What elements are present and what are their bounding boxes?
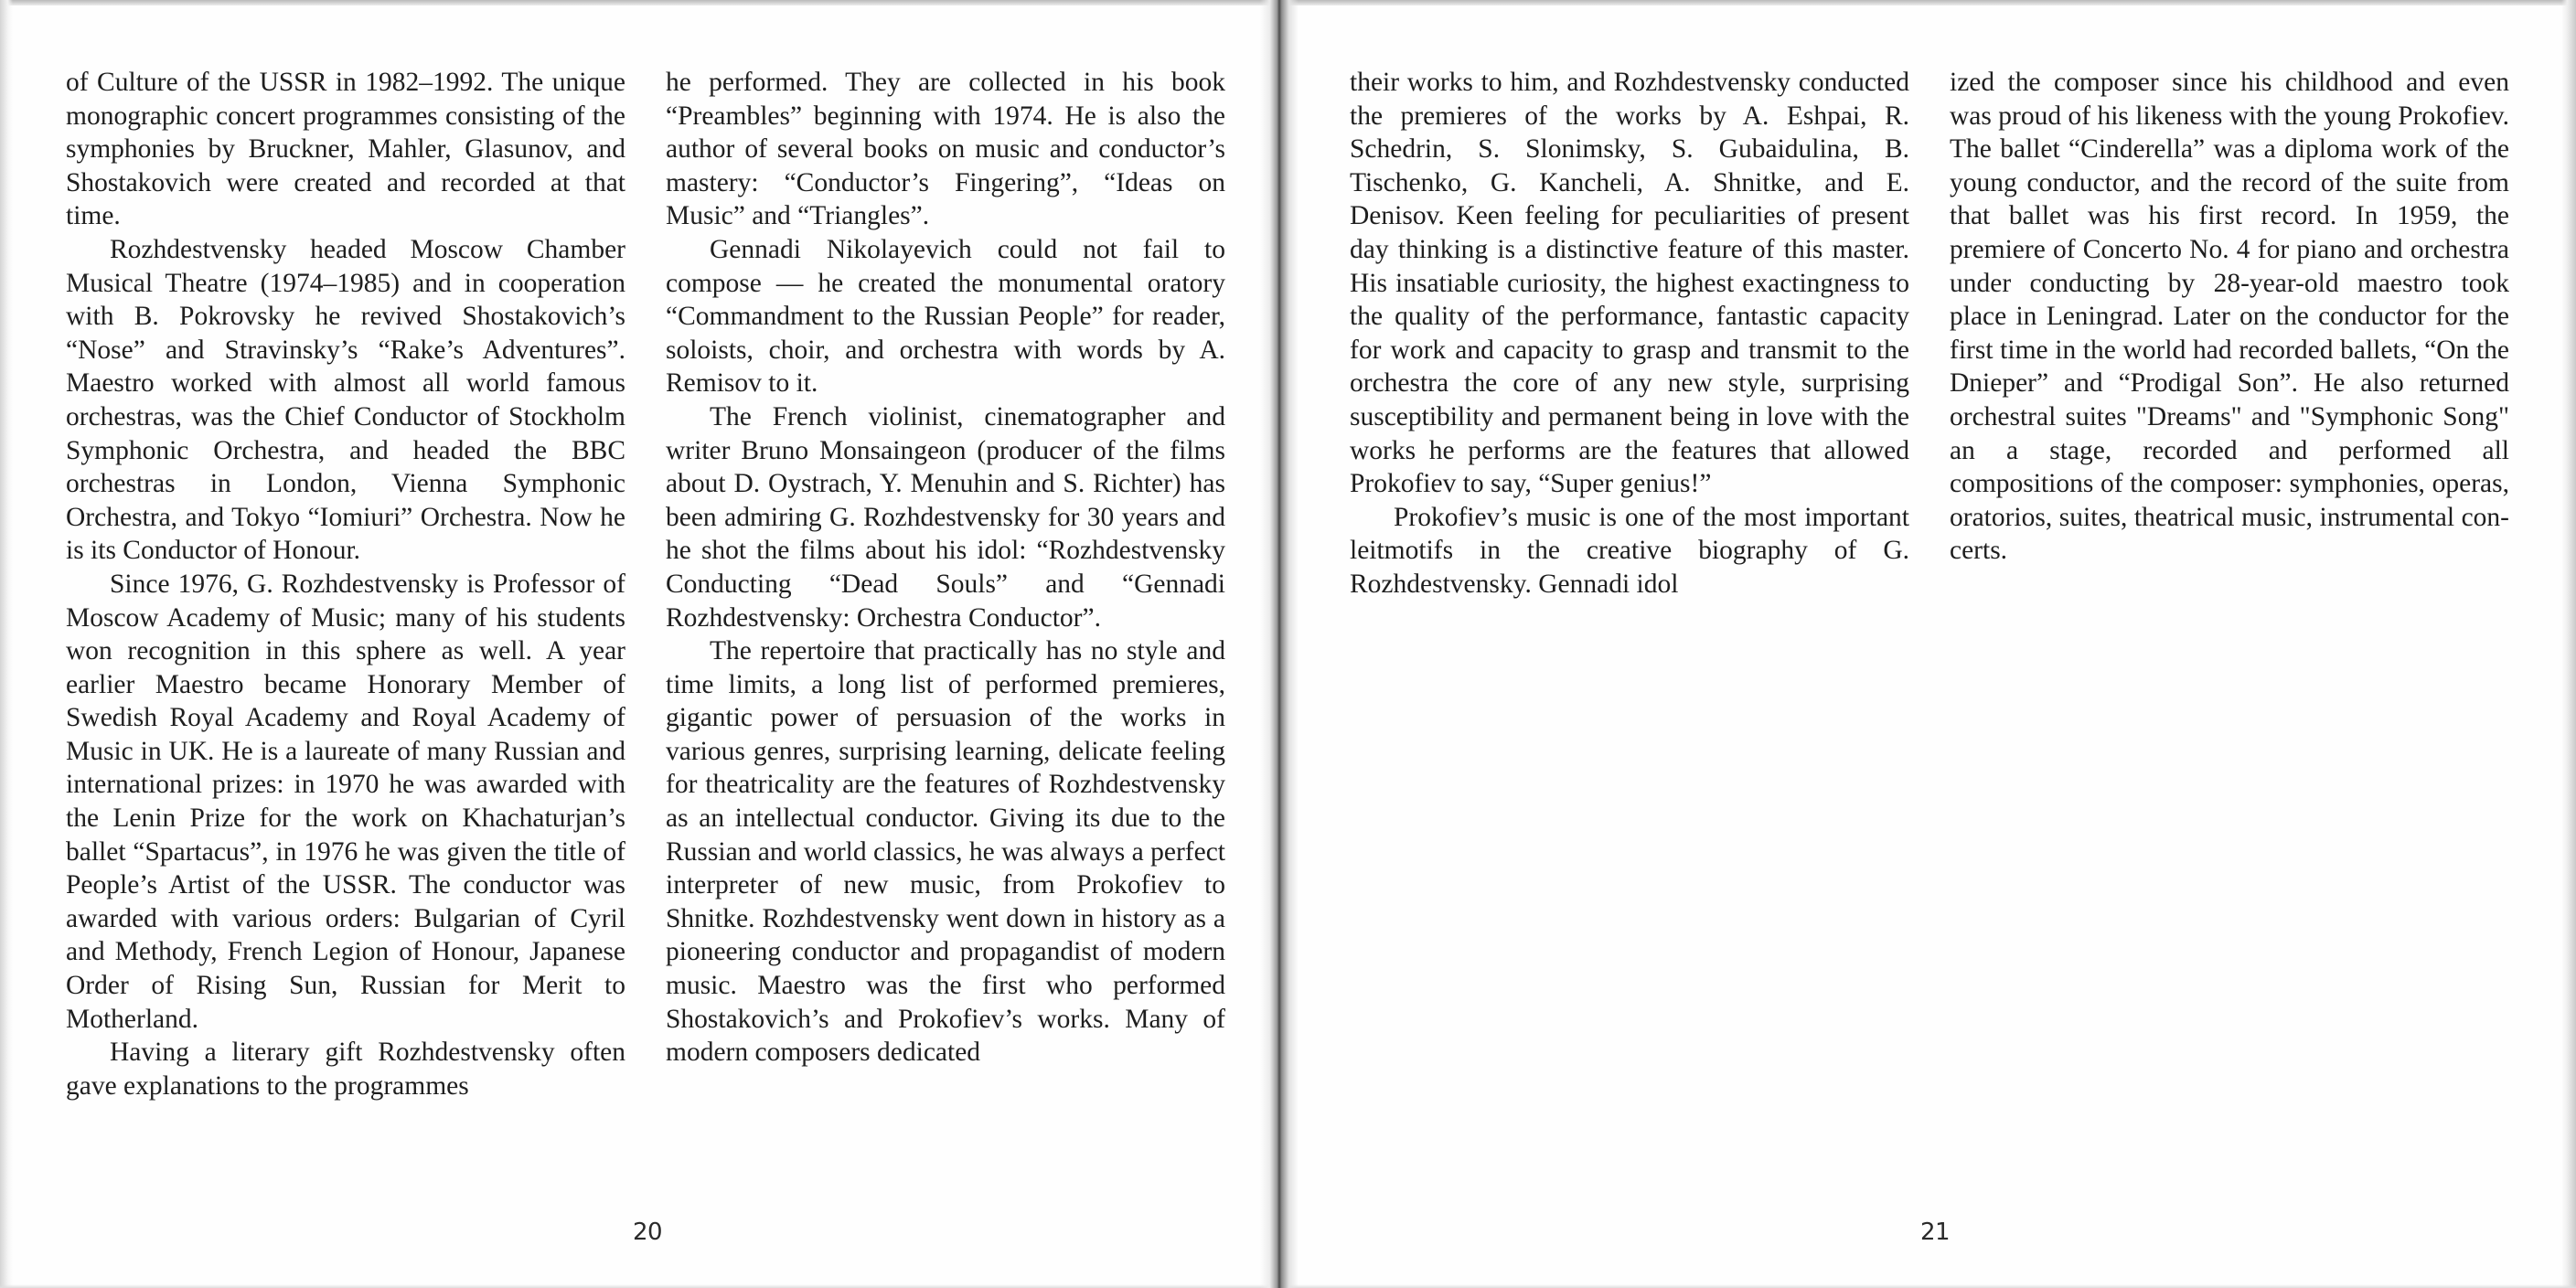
page-20-column-2: he performed. They are collected in his … bbox=[666, 66, 1225, 1070]
page-21-column-1: their works to him, and Rozhdestvensky c… bbox=[1350, 66, 1909, 601]
page-20: of Culture of the USSR in 1982–1992. The… bbox=[0, 0, 1280, 1288]
paragraph: their works to him, and Rozhdestvensky c… bbox=[1350, 66, 1909, 501]
paragraph: Rozhdestvensky headed Moscow Chamber Mus… bbox=[66, 233, 625, 568]
book-spine-gutter bbox=[1260, 0, 1299, 1288]
booklet-spread: of Culture of the USSR in 1982–1992. The… bbox=[0, 0, 2576, 1288]
paragraph: The French violinist, cinematographer an… bbox=[666, 400, 1225, 634]
page-21: their works to him, and Rozhdestvensky c… bbox=[1283, 0, 2576, 1288]
paragraph: Since 1976, G. Rozhdestvensky is Profess… bbox=[66, 568, 625, 1036]
paragraph: ized the composer since his childhood an… bbox=[1950, 66, 2509, 568]
page-20-column-1: of Culture of the USSR in 1982–1992. The… bbox=[66, 66, 625, 1102]
paragraph: The repertoire that practically has no s… bbox=[666, 634, 1225, 1070]
paragraph: Prokofiev’s music is one of the most imp… bbox=[1350, 501, 1909, 601]
page-number: 21 bbox=[1920, 1219, 1950, 1246]
paragraph: of Culture of the USSR in 1982–1992. The… bbox=[66, 66, 625, 233]
paragraph: Having a literary gift Rozhdestvensky of… bbox=[66, 1036, 625, 1102]
page-21-column-2: ized the composer since his childhood an… bbox=[1950, 66, 2509, 568]
paragraph: he performed. They are collected in his … bbox=[666, 66, 1225, 233]
page-number: 20 bbox=[633, 1219, 662, 1246]
paragraph: Gennadi Nikolayevich could not fail to c… bbox=[666, 233, 1225, 400]
scan-right-edge bbox=[2561, 0, 2576, 1288]
scan-left-edge bbox=[0, 0, 13, 1288]
